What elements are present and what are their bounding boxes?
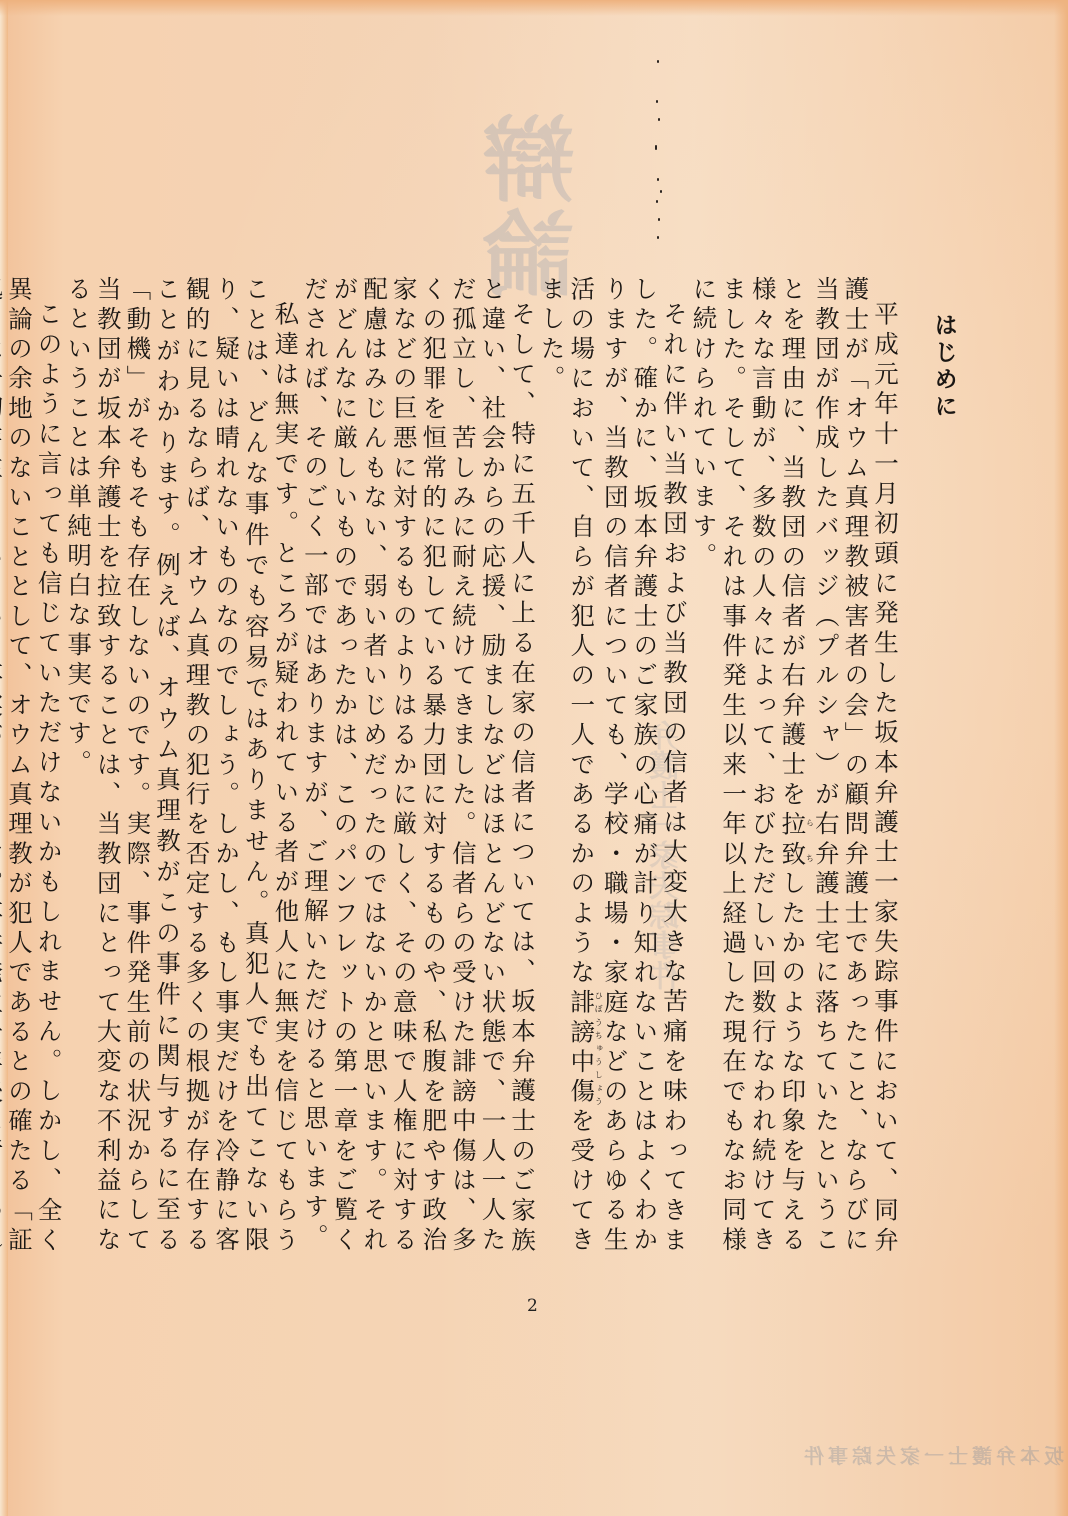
section-heading: はじめに (928, 313, 961, 421)
bleed-through-title: 辯論 (488, 112, 584, 300)
paragraph-1: 平成元年十一月初頭に発生した坂本弁護士一家失踪事件において、同弁護士が「オウム真… (689, 276, 900, 1256)
page-number: 2 (527, 1296, 538, 1316)
bleed-through-footer: 坂本弁護士一家失踪事件 (800, 1440, 1064, 1469)
paragraph-3: そして、特に五千人に上る在家の信者については、坂本弁護士のご家族と違い、社会から… (300, 276, 537, 1256)
page-edge-right (1054, 0, 1068, 1516)
body-text: 平成元年十一月初頭に発生した坂本弁護士一家失踪事件において、同弁護士が「オウム真… (0, 276, 900, 1256)
scan-specks (648, 60, 668, 250)
page-edge-top (0, 0, 1068, 16)
paragraph-4: 私達は無実です。ところが疑われている者が他人に無実を信じてもらうことは、どんな事… (64, 276, 301, 1256)
paragraph-2: それに伴い当教団および当教団の信者は大変大きな苦痛を味わってきました。確かに、坂… (537, 276, 689, 1256)
paragraph-5: このように言っても信じていただけないかもしれません。しかし、全く異論の余地のない… (0, 276, 64, 1256)
